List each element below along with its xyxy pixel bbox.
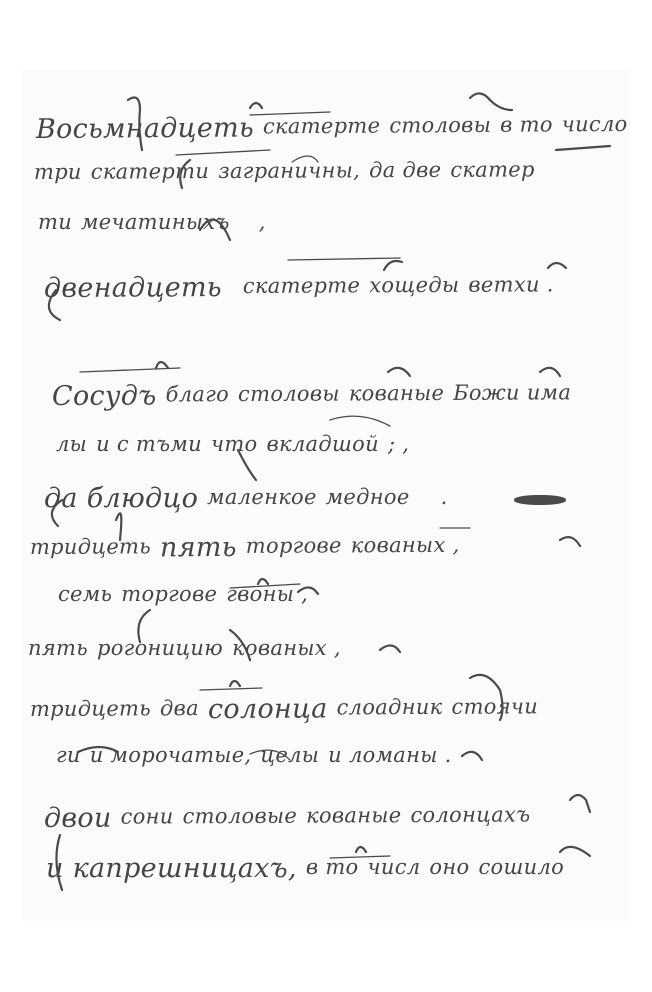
ink-blot [514, 495, 566, 505]
manuscript-line-14: и капрешницахъ,в точислоносошило [46, 852, 573, 879]
word: сошило [478, 857, 564, 878]
word: двои [44, 805, 112, 832]
word: в то [500, 114, 553, 135]
manuscript-line-7: да блюдцомаленкоемедное. [44, 482, 457, 509]
word: пять [28, 638, 88, 659]
word: маленкое [207, 487, 317, 508]
word: сони [121, 806, 174, 827]
word: столовые [183, 806, 298, 828]
word: ; , [388, 434, 409, 455]
word: и морочатые, [90, 745, 252, 766]
word: . [441, 487, 448, 508]
manuscript-line-9: семьторговегвоны , [58, 584, 317, 605]
word: кованые [306, 805, 401, 826]
word: и с тъми [96, 434, 202, 455]
manuscript-line-6: лыи с тъмичтовкладшой; , [56, 434, 418, 455]
word: лы [56, 434, 87, 455]
word: в то [306, 857, 359, 878]
word: да блюдцо [44, 485, 198, 512]
word: Сосудъ [52, 382, 157, 410]
word: слоадник [337, 697, 443, 719]
manuscript-line-3: тимечатиныхъ, [38, 212, 275, 233]
word: тридцеть [30, 698, 151, 720]
word: скатерте [243, 275, 360, 297]
word: тридцеть [30, 536, 151, 558]
manuscript-line-8: тридцетьпятьторговекованых , [30, 530, 469, 559]
word: семь [58, 584, 112, 605]
word: мечатиныхъ [81, 212, 230, 233]
manuscript-line-13: двоисонистоловыекованыесолонцахъ [44, 799, 540, 829]
word: целы [260, 745, 319, 766]
word: столовы [389, 115, 491, 137]
word: два [160, 698, 199, 719]
word: благо [165, 384, 229, 405]
word: гвоны , [226, 584, 308, 605]
word: ги [56, 745, 81, 766]
word: двенадцеть [44, 274, 222, 302]
word: да две [369, 160, 441, 181]
word: столовы [238, 383, 340, 405]
word: кованые [349, 383, 444, 404]
manuscript-line-2: трискатертизаграничны,да двескатер [34, 159, 544, 183]
word: пять [160, 534, 237, 561]
manuscript-line-5: СосудъблагостоловыкованыеБожи има [52, 377, 580, 407]
word: , [259, 212, 266, 233]
word: медное [326, 487, 410, 508]
word: солонца [208, 695, 328, 723]
word: кованых , [351, 535, 460, 557]
manuscript-line-10: пятьрогонициюкованых , [28, 638, 350, 659]
word: скатер [450, 159, 535, 180]
word: солонцахъ [410, 804, 530, 826]
manuscript-line-12: гии морочатые,целыи ломаны . [56, 745, 461, 766]
word: Восьмнадцеть [36, 114, 254, 143]
word: рогоницию [97, 638, 223, 659]
word: торгове [121, 584, 217, 605]
word: Божи има [453, 382, 571, 404]
word: что [211, 434, 258, 455]
manuscript-line-11: тридцетьдвасолонцаслоадникстоячи [30, 691, 547, 721]
word: заграничны, [218, 160, 360, 182]
manuscript-line-4: двенадцетьскатертехощедыветхи . [44, 269, 563, 299]
word: ветхи . [468, 274, 553, 295]
word: стоячи [451, 696, 538, 717]
word: и ломаны . [328, 745, 451, 766]
manuscript-line-1: Восьмнадцетьскатертестоловыв точисло [36, 109, 637, 140]
word: и капрешницахъ, [46, 855, 297, 882]
word: скатерте [263, 116, 381, 138]
word: оно [429, 857, 469, 878]
word: число [562, 114, 628, 135]
word: кованых , [232, 638, 341, 659]
word: ти [38, 212, 72, 233]
word: числ [368, 857, 421, 878]
word: торгове [246, 535, 342, 557]
word: скатерти [91, 161, 210, 183]
word: три [34, 162, 82, 183]
word: вкладшой [267, 434, 379, 455]
word: хощеды [369, 275, 459, 296]
